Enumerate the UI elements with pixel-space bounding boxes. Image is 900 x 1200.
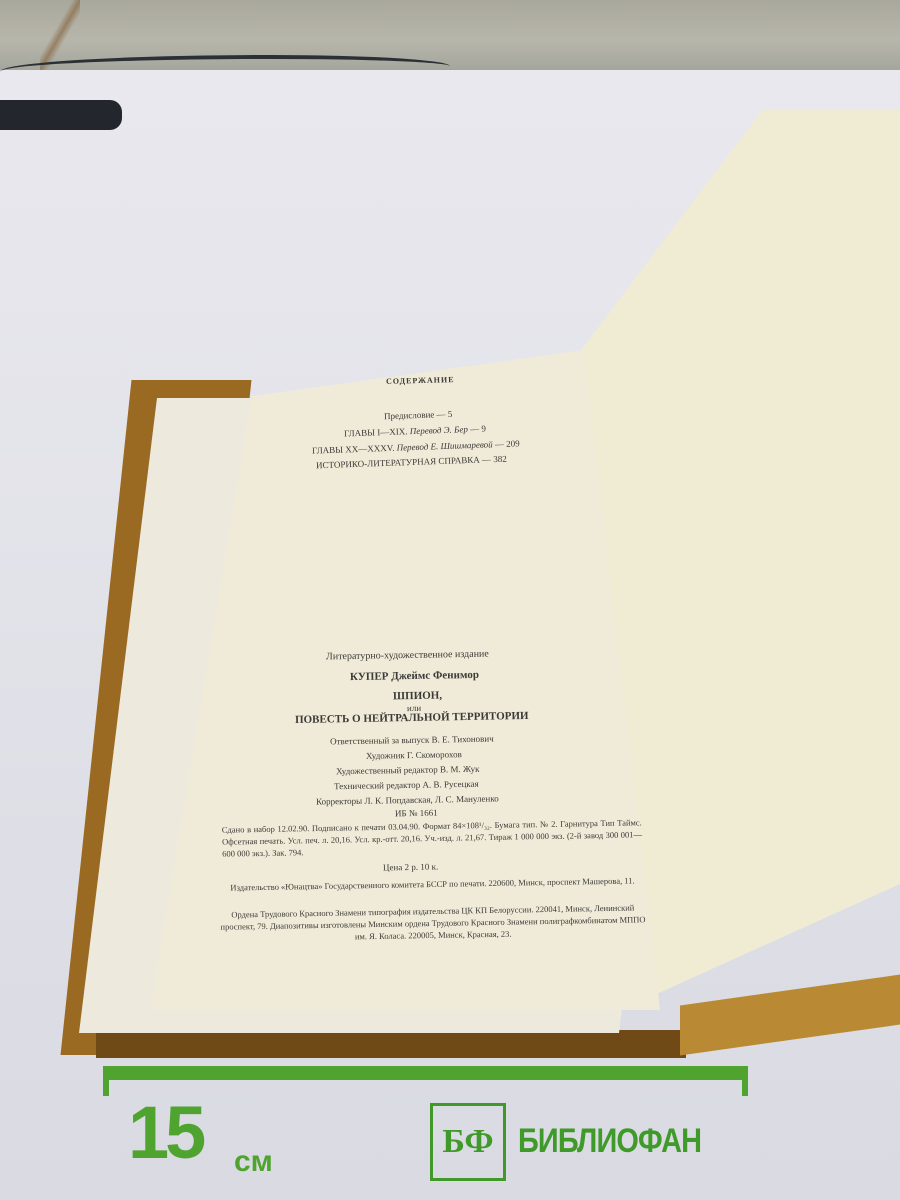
ruler-unit: см [234, 1145, 273, 1179]
printer: Ордена Трудового Красного Знамени типогр… [218, 901, 649, 944]
book-title: ШПИОН, [393, 690, 442, 703]
toc-translator: Перевод Э. Бер [410, 424, 468, 436]
ruler-bar [103, 1066, 748, 1080]
toc-label: Предисловие [384, 409, 435, 421]
toc-page: — 5 [436, 409, 452, 420]
credit-line: Художник Г. Скоморохов [366, 749, 462, 761]
book-cover-bottom [96, 1030, 686, 1058]
logo-text: БИБЛИОФАН [518, 1122, 701, 1161]
ib-number: ИБ № 1661 [395, 808, 438, 819]
ruler-tick-left [103, 1066, 109, 1096]
black-object [0, 100, 122, 130]
price: Цена 2 р. 10 к. [383, 862, 438, 873]
book-logo-icon: БФ [430, 1103, 506, 1181]
ruler-value: 15 [128, 1090, 202, 1175]
toc-page: — 209 [495, 438, 520, 449]
author: КУПЕР Джеймс Фенимор [350, 669, 479, 683]
print-details: Сдано в набор 12.02.90. Подписано к печа… [222, 816, 643, 859]
toc-page: — 382 [482, 454, 507, 465]
toc-page: — 9 [470, 424, 486, 435]
logo-mark: БФ [442, 1123, 493, 1161]
toc-title: СОДЕРЖАНИЕ [386, 375, 455, 386]
ruler-tick-right [742, 1066, 748, 1096]
